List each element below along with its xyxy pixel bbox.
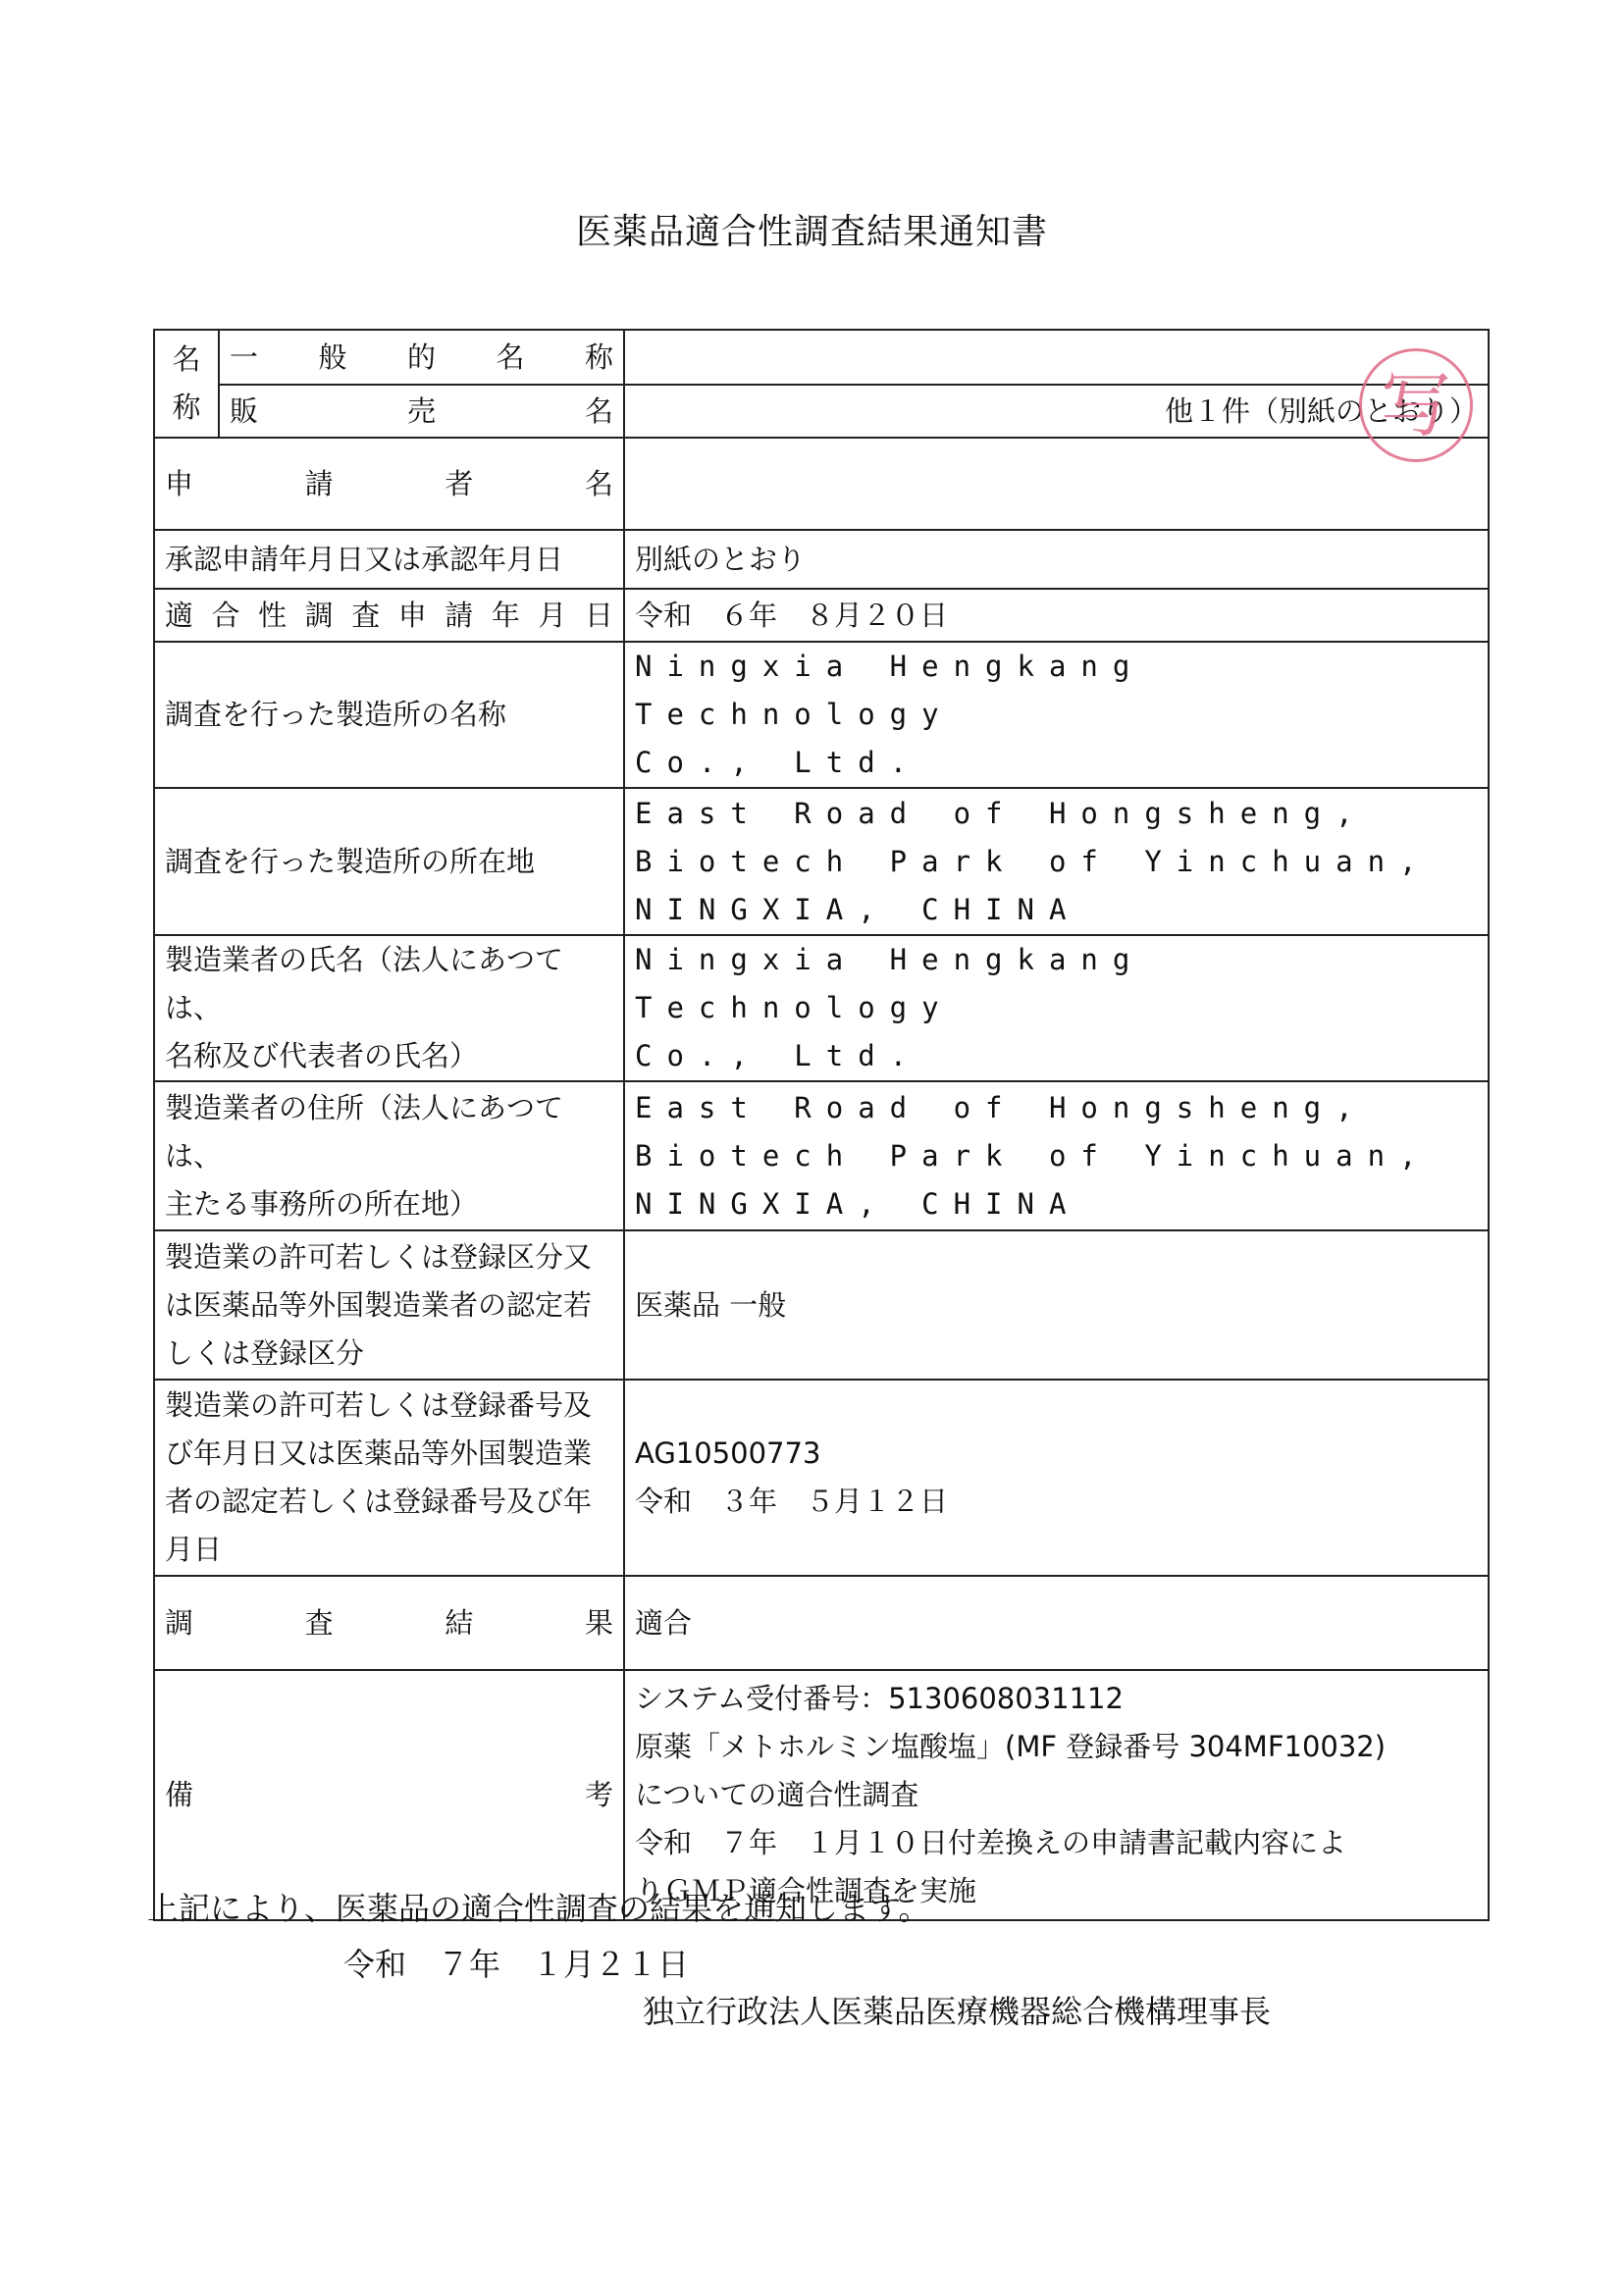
remarks-label: 備考 (154, 1670, 624, 1920)
remarks-value: システム受付番号：5130608031112原薬「メトホルミン塩酸塩」(MF 登… (624, 1670, 1489, 1920)
site-address-label: 調査を行った製造所の所在地 (154, 788, 624, 935)
footer-notice: 上記により、医薬品の適合性調査の結果を通知します。 (147, 1884, 929, 1929)
generic-name-value (624, 330, 1489, 385)
inspection-result-table: 名 称 一般的名称 販売名 他１件（別紙のとおり） 申請者名 承認申請年月日又は… (153, 329, 1490, 1921)
manufacturer-address-value: East Road of Hongsheng,Biotech Park of Y… (624, 1081, 1489, 1230)
applicant-label: 申請者名 (154, 438, 624, 530)
manufacturer-address-label: 製造業者の住所（法人にあつては、主たる事務所の所在地） (154, 1081, 624, 1230)
license-category-value: 医薬品 一般 (624, 1230, 1489, 1380)
brand-name-label: 販売名 (219, 385, 624, 438)
license-number-label: 製造業の許可若しくは登録番号及び年月日又は医薬品等外国製造業者の認定若しくは登録… (154, 1380, 624, 1576)
site-name-value: Ningxia Hengkang TechnologyCo., Ltd. (624, 642, 1489, 788)
manufacturer-name-value: Ningxia Hengkang TechnologyCo., Ltd. (624, 935, 1489, 1081)
inspection-application-date-value: 令和 ６年 ８月２０日 (624, 589, 1489, 642)
generic-name-label: 一般的名称 (219, 330, 624, 385)
inspection-application-date-label: 適合性調査申請年月日 (154, 589, 624, 642)
name-group-label: 名 称 (154, 330, 219, 438)
document-title: 医薬品適合性調査結果通知書 (0, 204, 1624, 254)
result-value: 適合 (624, 1576, 1489, 1670)
approval-date-value: 別紙のとおり (624, 530, 1489, 589)
applicant-value (624, 438, 1489, 530)
site-name-label: 調査を行った製造所の名称 (154, 642, 624, 788)
result-label: 調査結果 (154, 1576, 624, 1670)
license-category-label: 製造業の許可若しくは登録区分又は医薬品等外国製造業者の認定若しくは登録区分 (154, 1230, 624, 1380)
issuer-name: 独立行政法人医薬品医療機器総合機構理事長 (643, 1987, 1271, 2032)
license-number-value: AG10500773令和 ３年 ５月１２日 (624, 1380, 1489, 1576)
site-address-value: East Road of Hongsheng,Biotech Park of Y… (624, 788, 1489, 935)
official-seal-stamp: 写 (1359, 348, 1473, 462)
approval-date-label: 承認申請年月日又は承認年月日 (154, 530, 624, 589)
footer-date: 令和 ７年 １月２１日 (343, 1940, 689, 1985)
manufacturer-name-label: 製造業者の氏名（法人にあつては、名称及び代表者の氏名） (154, 935, 624, 1081)
